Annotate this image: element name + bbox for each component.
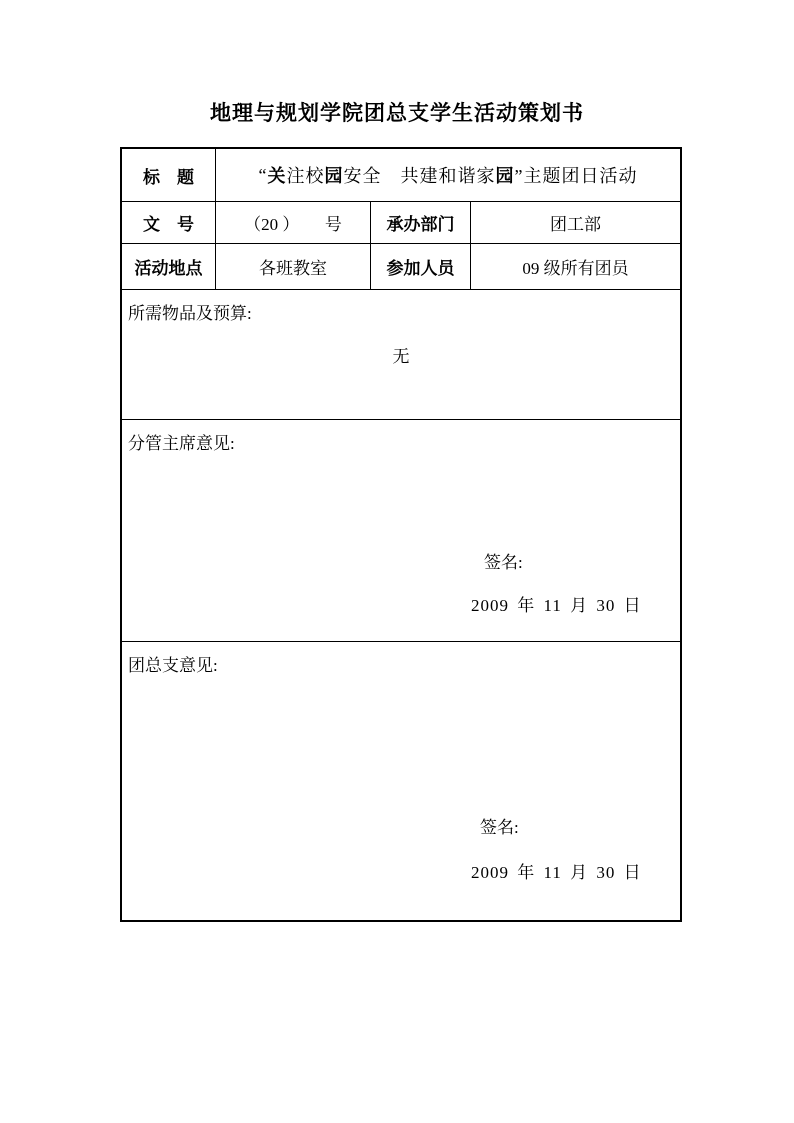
supplies-budget-label: 所需物品及预算: <box>128 303 252 324</box>
supplies-budget-value: 无 <box>122 342 680 367</box>
form-row-title: 标 题 “关注校园安全 共建和谐家园”主题团日活动 <box>122 149 680 202</box>
section-league-opinion: 团总支意见: 签名: 2009 年 11 月 30 日 <box>122 642 680 920</box>
field-value-activity-location: 各班教室 <box>216 244 371 289</box>
field-label-participants: 参加人员 <box>371 244 471 289</box>
field-label-organizing-department: 承办部门 <box>371 202 471 243</box>
field-value-doc-number: （20 ） 号 <box>216 202 371 243</box>
section-chair-opinion: 分管主席意见: 签名: 2009 年 11 月 30 日 <box>122 420 680 642</box>
field-value-organizing-department: 团工部 <box>471 202 680 243</box>
section-supplies-budget: 所需物品及预算: 无 <box>122 290 680 420</box>
field-value-participants: 09 级所有团员 <box>471 244 680 289</box>
league-opinion-label: 团总支意见: <box>128 655 218 676</box>
document-title: 地理与规划学院团总支学生活动策划书 <box>0 97 794 127</box>
field-value-title: “关注校园安全 共建和谐家园”主题团日活动 <box>216 149 680 201</box>
league-signature-label: 签名: <box>480 817 519 838</box>
league-signature-date: 2009 年 11 月 30 日 <box>471 862 642 883</box>
document-page: 地理与规划学院团总支学生活动策划书 标 题 “关注校园安全 共建和谐家园”主题团… <box>0 0 794 1123</box>
activity-planning-form: 标 题 “关注校园安全 共建和谐家园”主题团日活动 文 号 （20 ） 号 承办… <box>120 147 682 922</box>
field-label-doc-number: 文 号 <box>122 202 216 243</box>
chair-signature-date: 2009 年 11 月 30 日 <box>471 595 642 616</box>
chair-signature-label: 签名: <box>484 552 523 573</box>
form-row-location: 活动地点 各班教室 参加人员 09 级所有团员 <box>122 244 680 290</box>
field-label-title: 标 题 <box>122 149 216 201</box>
chair-opinion-label: 分管主席意见: <box>128 433 235 454</box>
form-row-doc-number: 文 号 （20 ） 号 承办部门 团工部 <box>122 202 680 244</box>
field-label-activity-location: 活动地点 <box>122 244 216 289</box>
